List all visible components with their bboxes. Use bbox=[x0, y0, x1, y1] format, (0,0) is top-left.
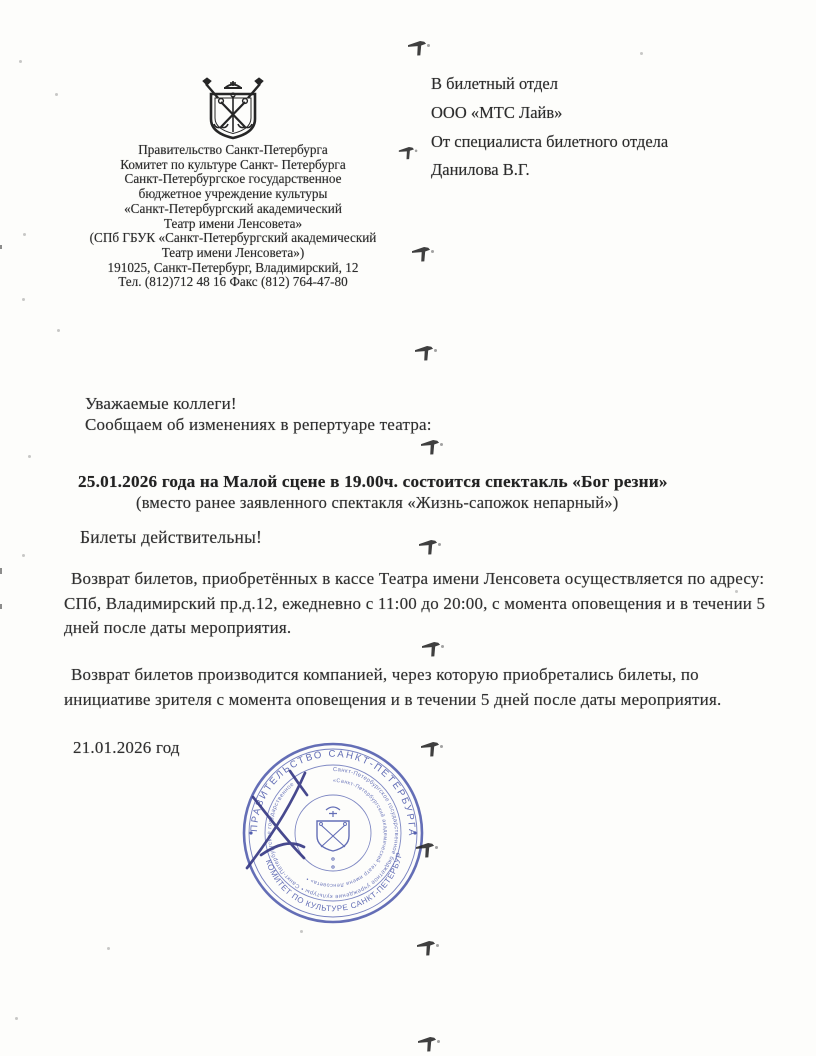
scan-speckle bbox=[22, 554, 25, 557]
scan-speckle bbox=[28, 455, 31, 458]
letterhead-block: Правительство Санкт-Петербурга Комитет п… bbox=[38, 143, 428, 290]
scan-speckle bbox=[107, 947, 110, 950]
scan-speckle bbox=[55, 93, 58, 96]
letterhead-line: «Санкт-Петербургский академический bbox=[38, 202, 428, 217]
svg-text:Санкт-Петербургское государств: Санкт-Петербургское государственное бюдж… bbox=[267, 767, 399, 899]
recipient-line: Данилова В.Г. bbox=[431, 156, 751, 185]
letterhead-line: Правительство Санкт-Петербурга bbox=[38, 143, 428, 158]
scanned-letter-page: Правительство Санкт-Петербурга Комитет п… bbox=[0, 0, 816, 1056]
refund-box-office-paragraph: Возврат билетов, приобретённых в кассе Т… bbox=[64, 567, 770, 641]
letterhead-line: Театр имени Ленсовета» bbox=[38, 217, 428, 232]
letterhead-line: Санкт-Петербургское государственное bbox=[38, 172, 428, 187]
letterhead-line: Тел. (812)712 48 16 Факс (812) 764-47-80 bbox=[38, 275, 428, 290]
scan-edge-artifact bbox=[0, 604, 2, 609]
scan-speckle bbox=[22, 298, 25, 301]
tab-arrow-artifact bbox=[415, 344, 437, 361]
official-stamp: ПРАВИТЕЛЬСТВО САНКТ-ПЕТЕРБУРГА КОМИТЕТ П… bbox=[233, 737, 433, 929]
stamp-inner-ring1-text: Санкт-Петербургское государственное бюдж… bbox=[267, 767, 399, 899]
letterhead-line: Комитет по культуре Санкт- Петербурга bbox=[38, 158, 428, 173]
recipient-block: В билетный отдел ООО «МТС Лайв» От специ… bbox=[431, 70, 751, 185]
recipient-line: ООО «МТС Лайв» bbox=[431, 99, 751, 128]
letterhead-line: Театр имени Ленсовета») bbox=[38, 246, 428, 261]
intro-line: Сообщаем об изменениях в репертуаре теат… bbox=[85, 415, 432, 435]
scan-speckle bbox=[57, 329, 60, 332]
recipient-line: В билетный отдел bbox=[431, 70, 751, 99]
letterhead-line: (СПб ГБУК «Санкт-Петербургский академиче… bbox=[38, 231, 428, 246]
tab-arrow-artifact bbox=[417, 939, 439, 956]
announcement-note: (вместо ранее заявленного спектакля «Жиз… bbox=[136, 493, 618, 513]
announcement-line: 25.01.2026 года на Малой сцене в 19.00ч.… bbox=[78, 472, 668, 492]
tab-arrow-artifact bbox=[412, 245, 434, 262]
tab-arrow-artifact bbox=[399, 145, 418, 159]
letterhead-line: 191025, Санкт-Петербург, Владимирский, 1… bbox=[38, 261, 428, 276]
scan-speckle bbox=[19, 60, 22, 63]
scan-speckle bbox=[300, 930, 303, 933]
tab-arrow-artifact bbox=[421, 438, 443, 455]
scan-speckle bbox=[640, 52, 643, 55]
tab-arrow-artifact bbox=[422, 640, 444, 657]
tab-arrow-artifact bbox=[421, 740, 443, 757]
scan-edge-artifact bbox=[0, 245, 2, 249]
tab-arrow-artifact bbox=[419, 538, 441, 555]
tickets-valid-line: Билеты действительны! bbox=[80, 527, 262, 548]
letter-date: 21.01.2026 год bbox=[73, 738, 180, 758]
refund-company-paragraph: Возврат билетов производится компанией, … bbox=[64, 663, 770, 712]
scan-edge-artifact bbox=[0, 568, 2, 574]
saint-petersburg-coat-of-arms-icon bbox=[194, 74, 272, 144]
stamp-emblem-icon bbox=[317, 807, 349, 868]
tab-arrow-artifact bbox=[416, 841, 438, 858]
letterhead-line: бюджетное учреждение культуры bbox=[38, 187, 428, 202]
scan-speckle bbox=[15, 1017, 18, 1020]
tab-arrow-artifact bbox=[408, 39, 430, 56]
salutation: Уважаемые коллеги! bbox=[85, 394, 237, 414]
scan-speckle bbox=[23, 233, 26, 236]
recipient-line: От специалиста билетного отдела bbox=[431, 128, 751, 157]
tab-arrow-artifact bbox=[418, 1035, 440, 1052]
scan-speckle bbox=[735, 590, 738, 593]
